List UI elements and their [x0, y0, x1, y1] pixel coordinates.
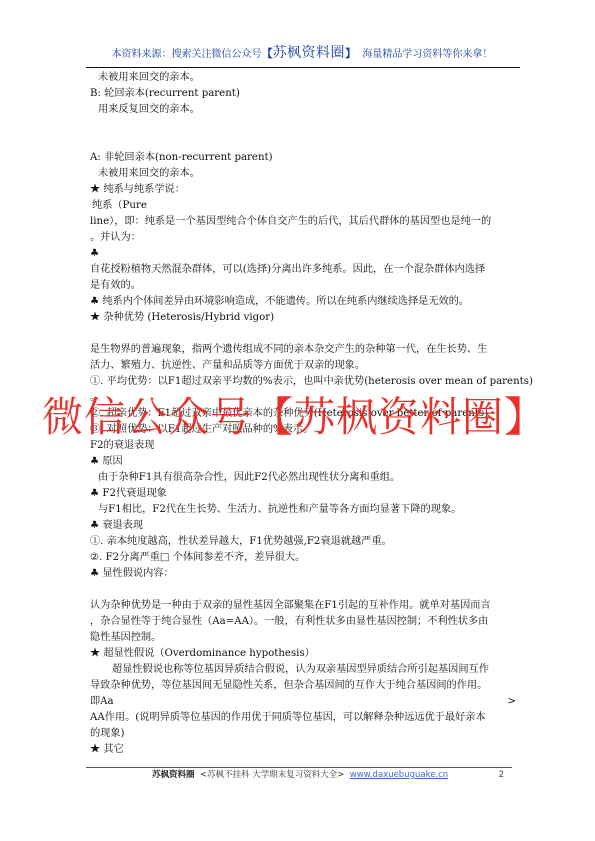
- numbered-item-2: ②. 超亲优势：F1超过双亲中最优亲本的杂种优势(Heterosis over …: [90, 406, 516, 422]
- text-line: 活力、繁殖力、抗逆性、产量和品质等方面优于双亲的现象。: [90, 358, 516, 374]
- section-heading-other: ★ 其它: [90, 742, 516, 758]
- term-non-recurrent-parent: A: 非轮回亲本(non-recurrent parent): [90, 150, 516, 166]
- section-heading-heterosis: ★ 杂种优势 (Heterosis/Hybrid vigor): [90, 310, 516, 326]
- header-prefix: 本资料来源：搜索关注微信公众号: [112, 49, 262, 60]
- text-line: 。并认为：: [90, 230, 516, 246]
- numbered-item-1: ①. 亲本纯度越高，性状差异越大，F1优势越强,F2衰退就越严重。: [90, 534, 516, 550]
- bullet-item: ♣ 原因: [90, 454, 516, 470]
- subheading-f2-decline: F2的衰退表现: [90, 438, 516, 454]
- text-line: 与F1相比，F2代在生长势、生活力、抗逆性和产量等各方面均显著下降的现象。: [90, 502, 516, 518]
- text-line: 。: [90, 390, 516, 406]
- bullet-item: ♣ 衰退表现: [90, 518, 516, 534]
- blank-line: [90, 134, 516, 150]
- text-line-aa: 即Aa >: [90, 694, 516, 710]
- header-bracket-open: 【: [262, 47, 273, 60]
- text-line: 由于杂种F1具有很高杂合性，因此F2代必然出现性状分离和重组。: [90, 470, 516, 486]
- text-line: 用来反复回交的亲本。: [90, 102, 516, 118]
- page-number: 2: [499, 768, 504, 782]
- document-body: 未被用来回交的亲本。 B: 轮回亲本(recurrent parent) 用来反…: [90, 70, 516, 758]
- blank-line: [90, 326, 516, 342]
- text-line: 的现象): [90, 726, 516, 742]
- text-line: 认为杂种优势是一种由于双亲的显性基因全部聚集在F1引起的互补作用。就单对基因而言: [90, 598, 516, 614]
- numbered-item-3: ③. 对照优势：以F1超过生产对照品种的%表示。: [90, 422, 516, 438]
- blank-line: [90, 118, 516, 134]
- document-page: 本资料来源：搜索关注微信公众号【苏枫资料圈】 海量精品学习资料等你来拿！ 未被用…: [0, 0, 595, 841]
- footer-brand: 苏枫资料圈: [152, 770, 195, 780]
- footer-center: 苏枫资料圈 <苏枫不挂科 大学期末复习资料大全> www.daxuebuguak…: [152, 768, 448, 782]
- footer-link[interactable]: www.daxuebuguake.cn: [350, 770, 448, 780]
- text-line: 自花授粉植物天然混杂群体，可以(选择)分离出许多纯系。因此，在一个混杂群体内选择: [90, 262, 516, 278]
- section-heading-pure-line: ★ 纯系与纯系学说：: [90, 182, 516, 198]
- club-bullet-icon: ♣: [90, 246, 516, 262]
- text-line: 纯系（Pure: [90, 198, 516, 214]
- blank-line: [90, 582, 516, 598]
- bullet-item: ♣ 纯系内个体间差异由环境影响造成，不能遗传。所以在纯系内继续选择是无效的。: [90, 294, 516, 310]
- text-line: 未被用来回交的亲本。: [90, 166, 516, 182]
- greater-than-symbol: >: [507, 694, 516, 710]
- header-bracket-close: 】: [345, 47, 356, 60]
- footer-tagline: <苏枫不挂科 大学期末复习资料大全>: [200, 770, 344, 780]
- text-line: 是有效的。: [90, 278, 516, 294]
- text-line: AA作用。(说明异质等位基因的作用优于同质等位基因，可以解释杂种远远优于最好亲本: [90, 710, 516, 726]
- bullet-item: ♣ 显性假说内容：: [90, 566, 516, 582]
- text-line: 超显性假说也称等位基因异质结合假说，认为双亲基因型异质结合所引起基因间互作: [90, 662, 516, 678]
- text-line: ，杂合显性等于纯合显性（Aa=AA）。一般，有利性状多由显性基因控制；不利性状多…: [90, 614, 516, 630]
- header-suffix: 海量精品学习资料等你来拿！: [362, 49, 492, 60]
- aa-left: 即Aa: [90, 694, 114, 710]
- text-line: 未被用来回交的亲本。: [90, 70, 516, 86]
- text-line: 导致杂种优势，等位基因间无显隐性关系，但杂合基因间的互作大于纯合基因间的作用。: [90, 678, 516, 694]
- term-recurrent-parent: B: 轮回亲本(recurrent parent): [90, 86, 516, 102]
- text-line: line），即：纯系是一个基因型纯合个体自交产生的后代，其后代群体的基因型也是纯…: [90, 214, 516, 230]
- page-footer: 苏枫资料圈 <苏枫不挂科 大学期末复习资料大全> www.daxuebuguak…: [86, 768, 512, 782]
- section-heading-overdominance: ★ 超显性假说（Overdominance hypothesis）: [90, 646, 516, 662]
- text-line: 隐性基因控制。: [90, 630, 516, 646]
- text-line: 是生物界的普遍现象，指两个遗传组成不同的亲本杂交产生的杂种第一代，在生长势、生: [90, 342, 516, 358]
- numbered-item-1: ①. 平均优势：以F1超过双亲平均数的%表示，也叫中亲优势(heterosis …: [90, 374, 516, 390]
- page-header: 本资料来源：搜索关注微信公众号【苏枫资料圈】 海量精品学习资料等你来拿！: [86, 46, 518, 68]
- header-divider: [86, 67, 520, 68]
- bullet-item: ♣ F2代衰退现象: [90, 486, 516, 502]
- numbered-item-2: ②. F2分离严重□ 个体间参差不齐，差异很大。: [90, 550, 516, 566]
- header-brand: 苏枫资料圈: [273, 45, 346, 61]
